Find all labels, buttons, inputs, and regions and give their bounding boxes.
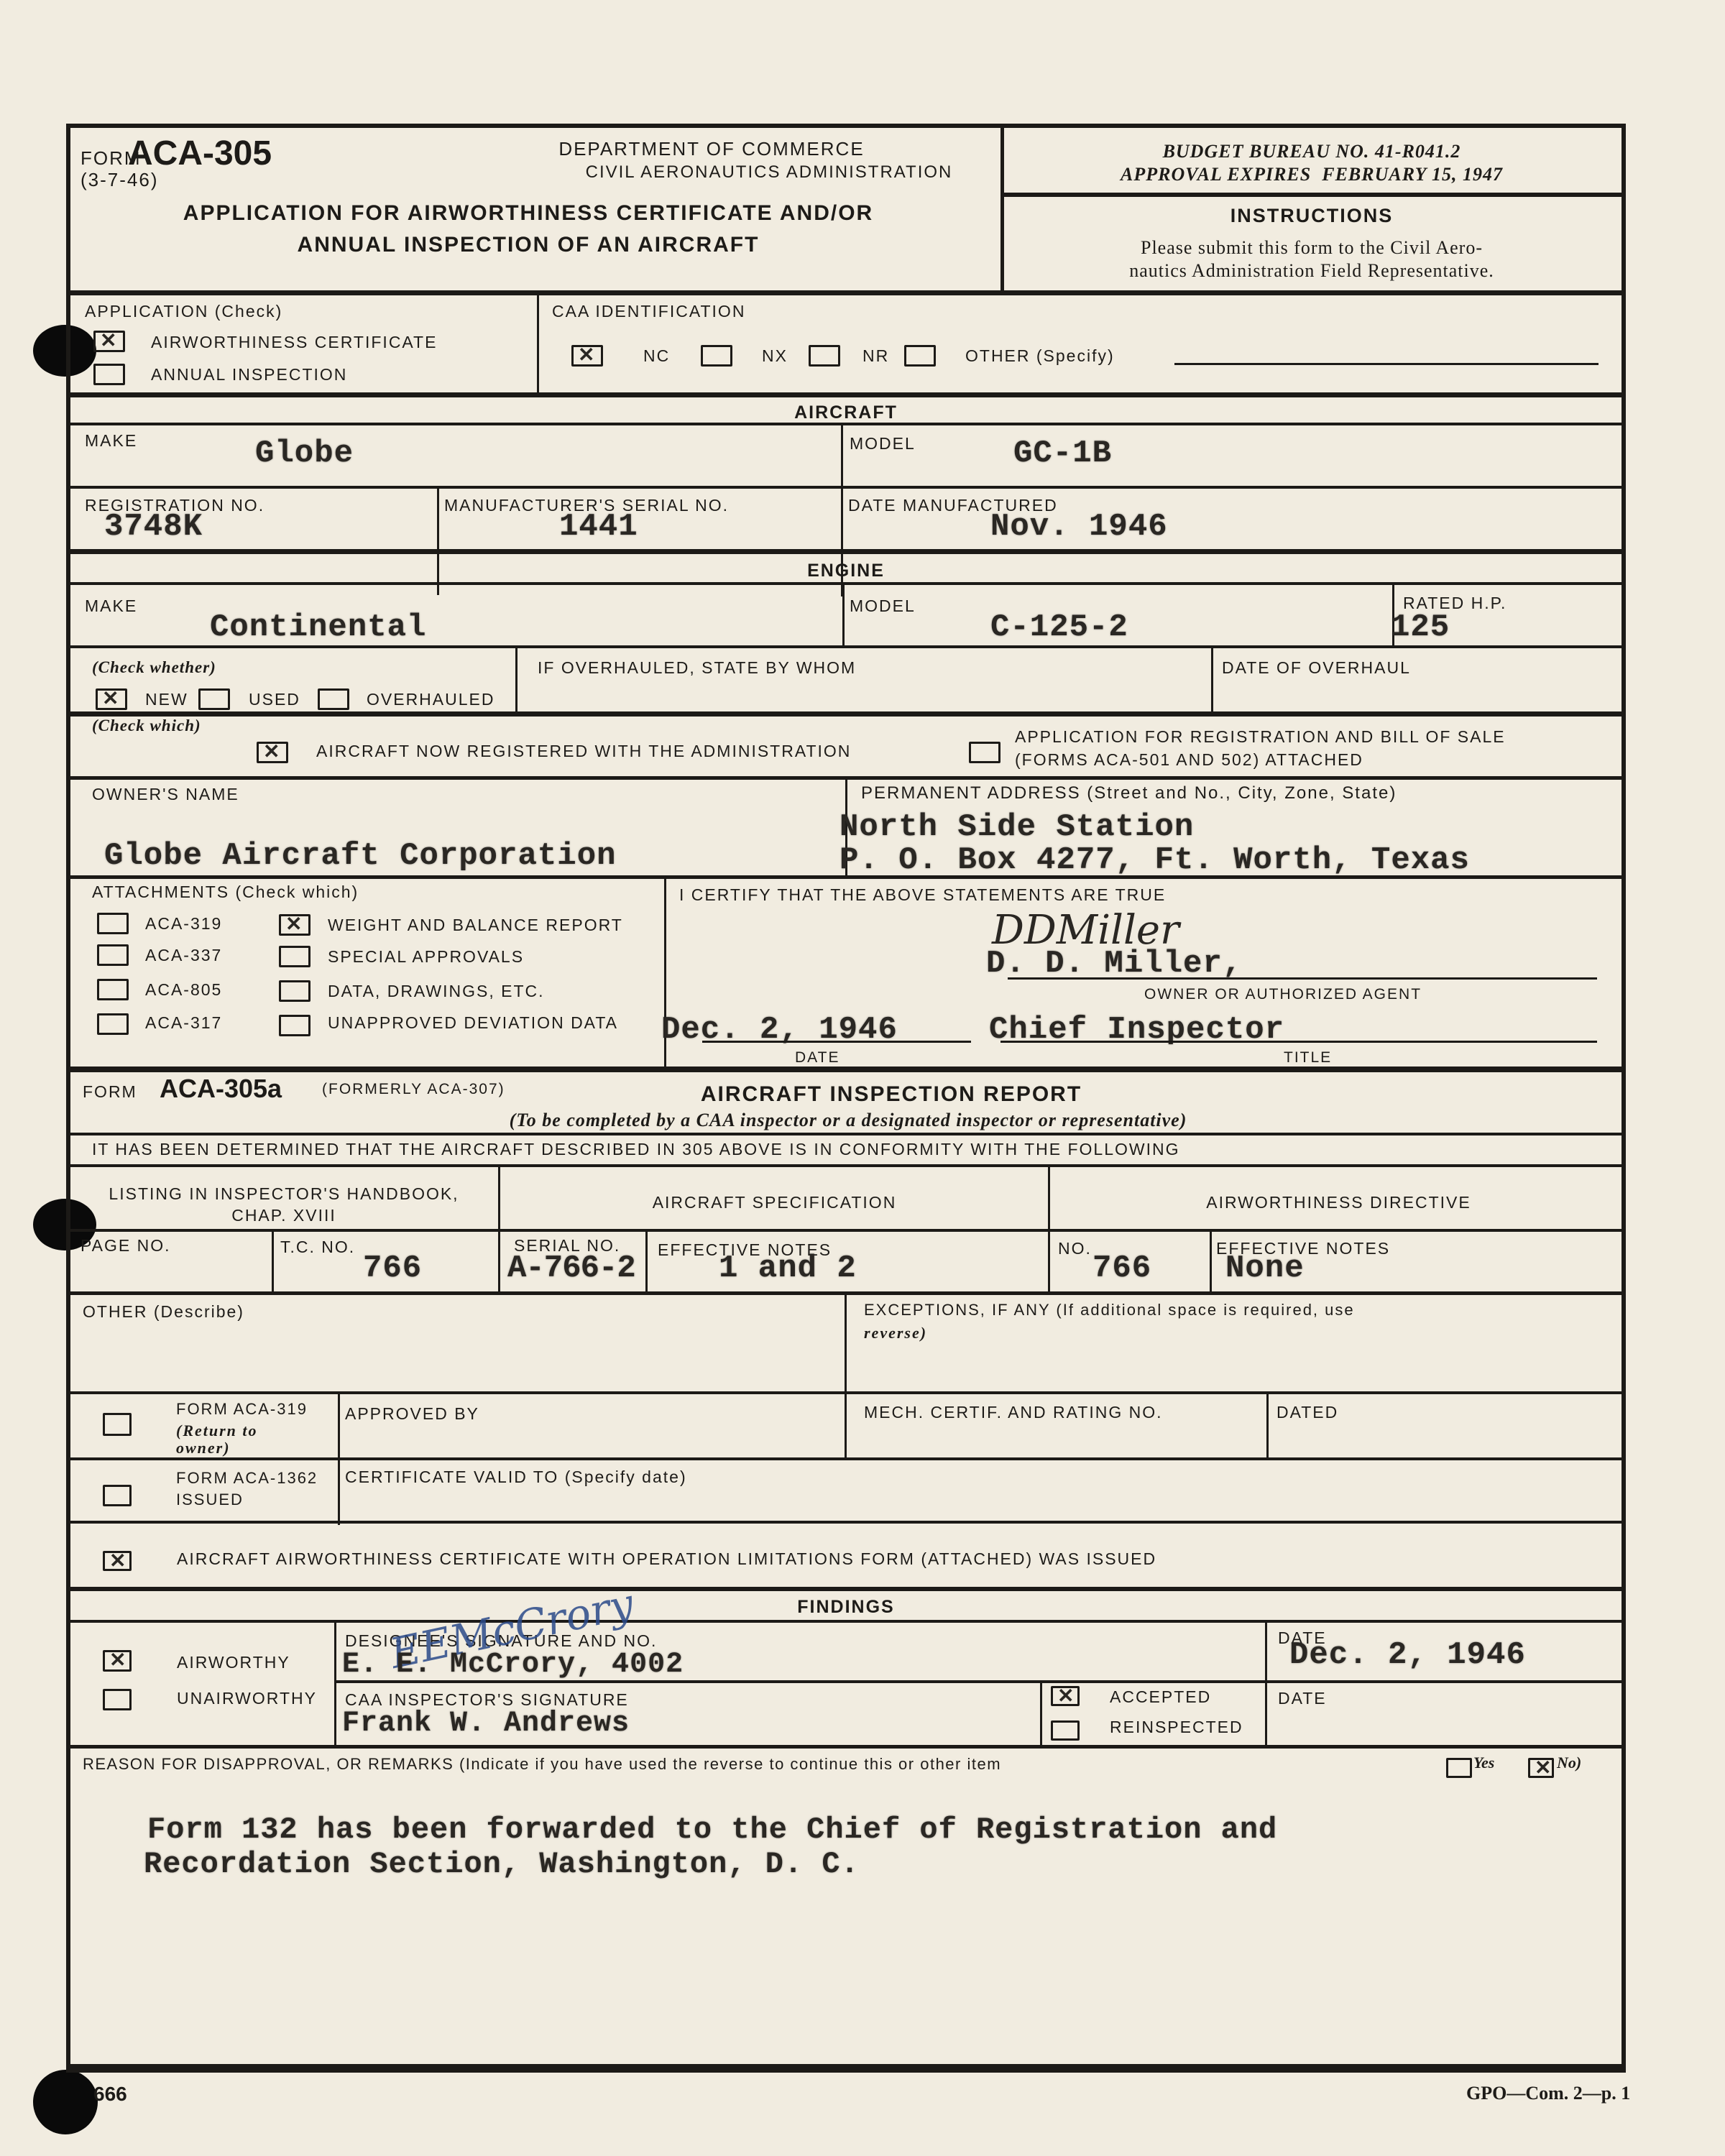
attachment-label: ACA-319 <box>145 914 222 934</box>
checkbox-unairworthy[interactable] <box>103 1689 132 1710</box>
checkbox-used[interactable] <box>198 688 230 710</box>
engine-condition-label: NEW <box>145 690 188 709</box>
caa-option-label: NR <box>862 346 889 366</box>
aircraft-make-value: Globe <box>255 436 354 471</box>
tc-no-label: T.C. NO. <box>280 1238 355 1257</box>
divider <box>66 1229 1626 1232</box>
dated-label: DATED <box>1276 1403 1338 1422</box>
application-label: APPLICATION (Check) <box>85 302 282 321</box>
check-whether-label: (Check whether) <box>92 658 216 677</box>
airworthy-label: AIRWORTHY <box>177 1653 290 1672</box>
checkbox-overhauled[interactable] <box>318 688 349 710</box>
checkbox-new[interactable] <box>96 688 127 710</box>
engine-condition-label: USED <box>249 690 300 709</box>
form319-line3: owner) <box>176 1439 231 1457</box>
listing-label-line1: LISTING IN INSPECTOR'S HANDBOOK, <box>72 1184 496 1204</box>
other-specify-field[interactable] <box>1174 363 1598 365</box>
aircraft-model-label: MODEL <box>850 434 916 453</box>
checkbox-unapproved-deviation[interactable] <box>279 1015 310 1036</box>
checkbox-aircraft-registered[interactable] <box>257 742 288 763</box>
divider <box>1265 1621 1267 1748</box>
checkbox-nr[interactable] <box>809 345 840 367</box>
divider <box>1266 1393 1269 1459</box>
accepted-label: ACCEPTED <box>1110 1687 1211 1707</box>
divider <box>1210 1230 1212 1294</box>
address-line1: North Side Station <box>839 809 1194 845</box>
checkbox-aca-337[interactable] <box>97 944 129 966</box>
mech-cert-label: MECH. CERTIF. AND RATING NO. <box>864 1403 1163 1422</box>
signer-name: D. D. Miller, <box>986 946 1242 982</box>
checkbox-aca-319[interactable] <box>97 913 129 934</box>
attachments-label: ATTACHMENTS (Check which) <box>92 883 359 902</box>
ad-no-value: 766 <box>1092 1250 1151 1286</box>
valid-to-label: CERTIFICATE VALID TO (Specify date) <box>345 1468 687 1487</box>
spec-notes-value: 1 and 2 <box>719 1250 857 1286</box>
divider-after-header <box>66 290 1626 295</box>
date-caption: DATE <box>795 1049 839 1067</box>
form-number: ACA-305 <box>128 134 272 173</box>
inspection-form-number: ACA-305a <box>160 1074 282 1104</box>
attachment-label: ACA-805 <box>145 980 222 1000</box>
form1362-line2: ISSUED <box>176 1491 244 1509</box>
attachment-label: ACA-317 <box>145 1013 222 1033</box>
check-which-label: (Check which) <box>92 717 201 735</box>
overhaul-date-field[interactable] <box>1222 683 1610 711</box>
title-line <box>1000 1041 1597 1043</box>
date-manufactured-value: Nov. 1946 <box>990 509 1168 545</box>
checkbox-nc[interactable] <box>571 345 603 367</box>
signature-line <box>1008 977 1597 980</box>
reinspected-label: REINSPECTED <box>1110 1718 1243 1737</box>
approval-expires: APPROVAL EXPIRES FEBRUARY 15, 1947 <box>1006 164 1617 185</box>
footer-left: 666 <box>93 2083 127 2106</box>
budget-bureau: BUDGET BUREAU NO. 41-R041.2 <box>1006 141 1617 162</box>
divider <box>66 1164 1626 1167</box>
instructions-line1: Please submit this form to the Civil Aer… <box>1006 237 1617 259</box>
listing-label-line2: CHAP. XVIII <box>72 1206 496 1225</box>
caa-option-label: NC <box>643 346 670 366</box>
designee-value: E. E. McCrory, 4002 <box>342 1649 684 1681</box>
divider <box>66 645 1626 648</box>
unairworthy-label: UNAIRWORTHY <box>177 1689 317 1708</box>
exceptions-label-line1: EXCEPTIONS, IF ANY (If additional space … <box>864 1301 1355 1319</box>
checkbox-annual-inspection[interactable] <box>93 364 125 385</box>
divider <box>66 423 1626 425</box>
bill-of-sale-line1: APPLICATION FOR REGISTRATION AND BILL OF… <box>1015 727 1506 747</box>
engine-model-value: C-125-2 <box>990 609 1128 645</box>
other-field[interactable] <box>83 1330 830 1387</box>
checkbox-nx[interactable] <box>701 345 732 367</box>
divider <box>845 1294 847 1459</box>
findings-date2-label: DATE <box>1278 1689 1327 1708</box>
form1362-line1: FORM ACA-1362 <box>176 1469 318 1488</box>
inspection-title: AIRCRAFT INSPECTION REPORT <box>632 1082 1150 1107</box>
ad-notes-value: None <box>1225 1250 1305 1286</box>
engine-make-value: Continental <box>210 609 426 645</box>
divider <box>66 549 1626 554</box>
inspection-form-prefix: FORM <box>83 1082 137 1102</box>
divider <box>66 1620 1626 1623</box>
checkbox-reinspected[interactable] <box>1051 1720 1080 1741</box>
agency: CIVIL AERONAUTICS ADMINISTRATION <box>546 162 992 183</box>
attachment-label: UNAPPROVED DEVIATION DATA <box>328 1013 618 1033</box>
divider <box>66 875 1626 879</box>
directive-label: AIRWORTHINESS DIRECTIVE <box>1053 1193 1624 1212</box>
checkbox-form-aca-1362[interactable] <box>103 1485 132 1506</box>
exceptions-label-line2: reverse) <box>864 1324 927 1342</box>
checkbox-airworthy[interactable] <box>103 1650 132 1672</box>
attachment-label: SPECIAL APPROVALS <box>328 947 524 967</box>
signer-caption: OWNER OR AUTHORIZED AGENT <box>1144 986 1422 1003</box>
divider <box>515 647 517 716</box>
overhaul-date-label: DATE OF OVERHAUL <box>1222 658 1411 678</box>
checkbox-aca-805[interactable] <box>97 979 129 1000</box>
page-no-label: PAGE NO. <box>80 1236 171 1256</box>
attachment-label: WEIGHT AND BALANCE REPORT <box>328 916 623 935</box>
checkbox-data-drawings[interactable] <box>279 980 310 1002</box>
conformity-statement: IT HAS BEEN DETERMINED THAT THE AIRCRAFT… <box>92 1140 1179 1159</box>
caa-option-label: OTHER (Specify) <box>965 346 1115 366</box>
divider <box>66 711 1626 717</box>
rated-hp-value: 125 <box>1391 609 1450 645</box>
divider <box>334 1621 336 1748</box>
address-label: PERMANENT ADDRESS (Street and No., City,… <box>861 783 1397 803</box>
divider <box>66 1133 1626 1135</box>
title-caption: TITLE <box>1284 1049 1332 1067</box>
form-title-line1: APPLICATION FOR AIRWORTHINESS CERTIFICAT… <box>108 201 949 226</box>
aircraft-section-title: AIRCRAFT <box>66 402 1626 423</box>
header-right-divider <box>1003 193 1626 197</box>
date-line <box>702 1041 971 1043</box>
inspection-formerly: (FORMERLY ACA-307) <box>322 1081 505 1098</box>
engine-make-label: MAKE <box>85 596 137 616</box>
engine-model-label: MODEL <box>850 596 916 616</box>
department: DEPARTMENT OF COMMERCE <box>532 138 891 160</box>
divider <box>842 584 845 648</box>
serial-value: 1441 <box>559 509 638 545</box>
form-title-line2: ANNUAL INSPECTION OF AN AIRCRAFT <box>108 233 949 257</box>
approved-by-label: APPROVED BY <box>345 1404 479 1424</box>
spec-serial-value: A-766-2 <box>507 1250 635 1286</box>
owner-name-value: Globe Aircraft Corporation <box>104 838 617 874</box>
registered-label: AIRCRAFT NOW REGISTERED WITH THE ADMINIS… <box>316 742 851 761</box>
caa-option-label: NX <box>762 346 788 366</box>
certify-statement: I CERTIFY THAT THE ABOVE STATEMENTS ARE … <box>679 885 1166 905</box>
checkbox-accepted[interactable] <box>1051 1686 1080 1706</box>
form-date: (3-7-46) <box>80 169 158 191</box>
bill-of-sale-line2: (FORMS ACA-501 AND 502) ATTACHED <box>1015 750 1363 770</box>
remarks-no-label: No) <box>1557 1754 1581 1772</box>
application-option-label: AIRWORTHINESS CERTIFICATE <box>151 333 437 352</box>
ad-no-label: NO. <box>1058 1239 1092 1258</box>
remarks-yes-label: Yes <box>1473 1754 1494 1772</box>
divider <box>272 1230 274 1294</box>
header-divider <box>1000 124 1004 293</box>
inspection-subtitle: (To be completed by a CAA inspector or a… <box>237 1110 1459 1131</box>
caa-identification-label: CAA IDENTIFICATION <box>552 302 745 321</box>
application-option-label: ANNUAL INSPECTION <box>151 365 347 384</box>
divider <box>645 1230 648 1294</box>
checkbox-form-aca-319[interactable] <box>103 1413 132 1436</box>
remarks-label: REASON FOR DISAPPROVAL, OR REMARKS (Indi… <box>83 1755 1001 1774</box>
checkbox-weight-balance-report[interactable] <box>279 914 310 936</box>
checkbox-other[interactable] <box>904 345 936 367</box>
divider <box>66 1067 1626 1072</box>
divider <box>66 486 1626 489</box>
remarks-line1: Form 132 has been forwarded to the Chief… <box>147 1812 1277 1847</box>
registration-value: 3748K <box>104 509 203 545</box>
caa-inspector-value: Frank W. Andrews <box>342 1708 630 1740</box>
checkbox-aca-317[interactable] <box>97 1013 129 1035</box>
owner-name-label: OWNER'S NAME <box>92 785 239 804</box>
findings-date-value: Dec. 2, 1946 <box>1289 1637 1526 1673</box>
footer-right: GPO—Com. 2—p. 1 <box>1466 2083 1630 2104</box>
spec-label: AIRCRAFT SPECIFICATION <box>503 1193 1046 1212</box>
divider <box>1040 1682 1042 1748</box>
punch-hole-bottom <box>33 2070 98 2134</box>
form319-line2: (Return to <box>176 1422 258 1440</box>
divider <box>66 1391 1626 1394</box>
aircraft-make-label: MAKE <box>85 431 137 451</box>
overhauled-by-field[interactable] <box>538 683 1199 711</box>
divider <box>1211 647 1213 716</box>
tc-no-value: 766 <box>363 1250 422 1286</box>
attachment-label: DATA, DRAWINGS, ETC. <box>328 982 545 1001</box>
checkbox-special-approvals[interactable] <box>279 946 310 967</box>
findings-section-title: FINDINGS <box>66 1597 1626 1618</box>
remarks-line2: Recordation Section, Washington, D. C. <box>144 1847 860 1881</box>
divider <box>537 295 539 395</box>
checkbox-certificate-issued[interactable] <box>103 1551 132 1571</box>
other-label: OTHER (Describe) <box>83 1302 244 1322</box>
overhauled-by-label: IF OVERHAULED, STATE BY WHOM <box>538 658 856 678</box>
divider <box>66 1587 1626 1591</box>
caa-inspector-label: CAA INSPECTOR'S SIGNATURE <box>345 1690 629 1710</box>
checkbox-remarks-yes[interactable] <box>1446 1758 1472 1778</box>
form319-line1: FORM ACA-319 <box>176 1400 308 1419</box>
attachment-label: ACA-337 <box>145 946 222 965</box>
checkbox-remarks-no[interactable] <box>1528 1758 1554 1778</box>
instructions-title: INSTRUCTIONS <box>1006 205 1617 227</box>
divider <box>66 1521 1626 1524</box>
aircraft-model-value: GC-1B <box>1013 436 1112 471</box>
checkbox-airworthiness-certificate[interactable] <box>93 331 125 352</box>
engine-condition-label: OVERHAULED <box>367 690 494 709</box>
address-line2: P. O. Box 4277, Ft. Worth, Texas <box>839 842 1470 878</box>
divider <box>66 1457 1626 1460</box>
instructions-line2: nautics Administration Field Representat… <box>1006 260 1617 282</box>
divider <box>66 392 1626 397</box>
certificate-issued-label: AIRCRAFT AIRWORTHINESS CERTIFICATE WITH … <box>177 1549 1156 1569</box>
engine-section-title: ENGINE <box>66 561 1626 581</box>
exceptions-field[interactable] <box>864 1345 1611 1388</box>
checkbox-bill-of-sale[interactable] <box>969 742 1000 763</box>
divider <box>66 1745 1626 1749</box>
